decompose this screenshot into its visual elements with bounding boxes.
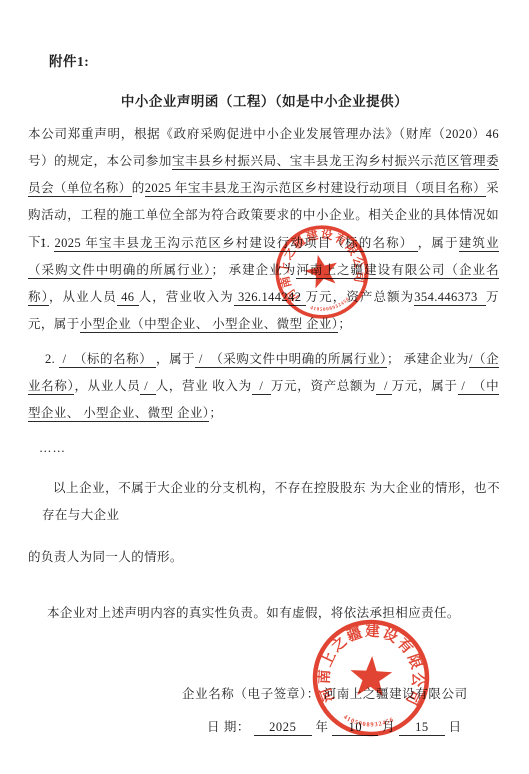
text-segment: 354.446373 xyxy=(414,290,486,306)
ellipsis-text: …… xyxy=(39,441,66,456)
text-segment: 46 xyxy=(117,290,139,306)
text-segment: 人，营业收入为 xyxy=(139,290,234,304)
text-segment: ，从业人员 xyxy=(49,290,117,304)
document-page: 附件1: 中小企业声明函（工程）（如是中小企业提供） 本公司郑重声明，根据《政府… xyxy=(0,0,529,774)
text-segment: 的 xyxy=(132,181,145,195)
text-segment: 1. xyxy=(40,236,54,250)
item-2-paragraph: 2. / （标的名称） ，属于 / （采购文件中明确的所属行业）； 承建企业为/… xyxy=(28,346,499,427)
star-icon xyxy=(302,251,342,290)
text-segment: / xyxy=(376,379,391,395)
attachment-label: 附件1: xyxy=(49,50,89,70)
text-segment: ，从业人员 xyxy=(74,379,140,393)
text-segment: ，属于 xyxy=(418,236,459,250)
text-segment: ，属于 xyxy=(156,352,195,366)
page-title: 中小企业声明函（工程）（如是中小企业提供） xyxy=(0,90,529,110)
text-segment: / （标的名称） xyxy=(59,352,156,368)
text-segment: 2. xyxy=(45,352,59,366)
closing-paragraph-2: 的负责人为同一人的情形。 xyxy=(28,547,183,565)
text-segment: 2025 年宝丰县龙王沟示范区乡村建设行动项目（项目名称） xyxy=(145,181,486,197)
text-segment: / xyxy=(252,379,271,395)
text-segment: ； xyxy=(209,406,222,420)
text-segment: / xyxy=(140,379,155,395)
text-segment: 万元，资产总额为 xyxy=(271,379,376,393)
text-segment: ； 承建企业为 xyxy=(387,352,469,366)
text-segment: 万元，属于 xyxy=(392,379,458,393)
date-label: 日 期： xyxy=(207,720,250,734)
text-segment: 人，营业 收入为 xyxy=(156,379,252,393)
star-icon xyxy=(349,655,393,697)
seal-code-text: 4105008932456 xyxy=(342,713,396,729)
date-day-unit: 日 xyxy=(449,720,462,734)
company-seal-stamp-lower: 河南上之疆建设有限公司 4105008932456 xyxy=(297,604,444,751)
closing-paragraph-1: 以上企业，不属于大企业的分支机构，不存在控股股东 为大企业的情形，也不存在与大企… xyxy=(42,475,500,529)
text-segment: / （采购文件中明确的所属行业） xyxy=(195,352,387,368)
seal-code-text: 4105008932456 xyxy=(308,295,353,316)
